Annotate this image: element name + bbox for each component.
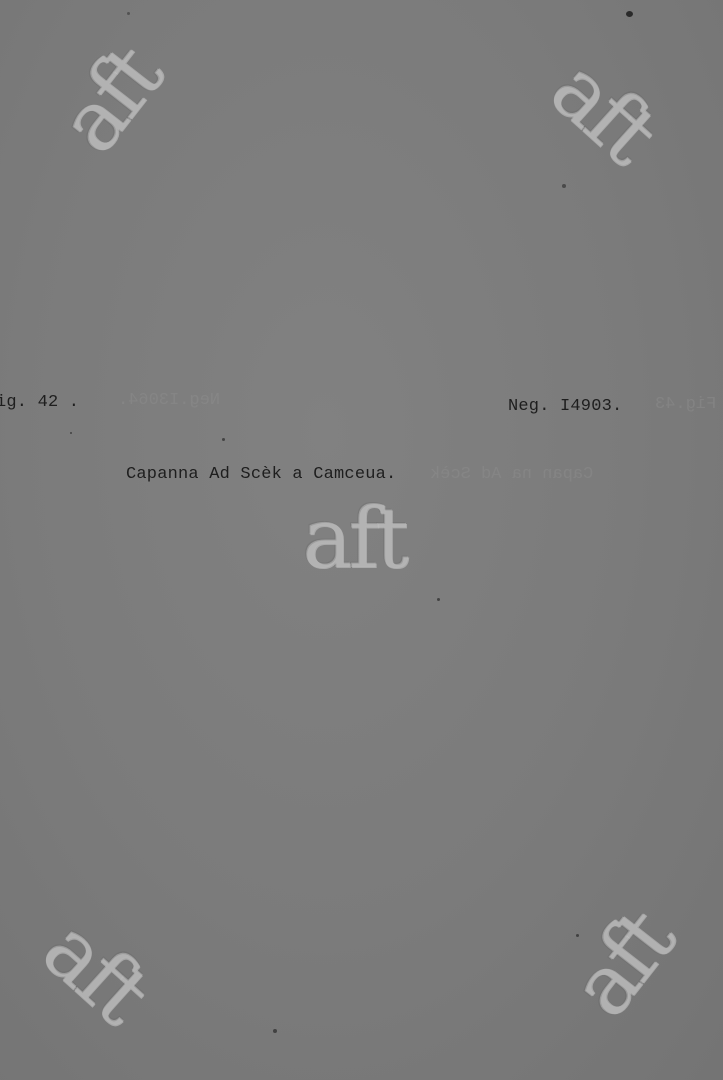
watermark-top-left: aft bbox=[45, 34, 175, 167]
dust-speck bbox=[273, 1029, 277, 1033]
dust-speck bbox=[70, 432, 72, 434]
scanned-document-page: aft aft aft aft aft Neg.I3064. Fig.43 Ca… bbox=[0, 0, 723, 1080]
negative-number: Neg. I4903. bbox=[508, 397, 622, 416]
dust-speck bbox=[626, 11, 633, 17]
bleedthrough-figure-label: Fig.43 bbox=[655, 395, 716, 414]
dust-speck bbox=[127, 12, 130, 15]
watermark-bottom-left: aft bbox=[29, 904, 162, 1035]
figure-label: ig. 42 . bbox=[0, 393, 79, 412]
bleedthrough-caption: Capan na Ad Scèk bbox=[430, 465, 593, 484]
dust-speck bbox=[562, 184, 566, 188]
watermark-top-right: aft bbox=[537, 44, 670, 175]
watermark-bottom-right: aft bbox=[557, 898, 687, 1031]
watermark-center: aft bbox=[302, 496, 405, 580]
dust-speck bbox=[576, 934, 579, 937]
bleedthrough-negative-number: Neg.I3064. bbox=[118, 391, 220, 410]
dust-speck bbox=[437, 598, 440, 601]
dust-speck bbox=[222, 438, 225, 441]
caption: Capanna Ad Scèk a Camceua. bbox=[126, 465, 396, 484]
